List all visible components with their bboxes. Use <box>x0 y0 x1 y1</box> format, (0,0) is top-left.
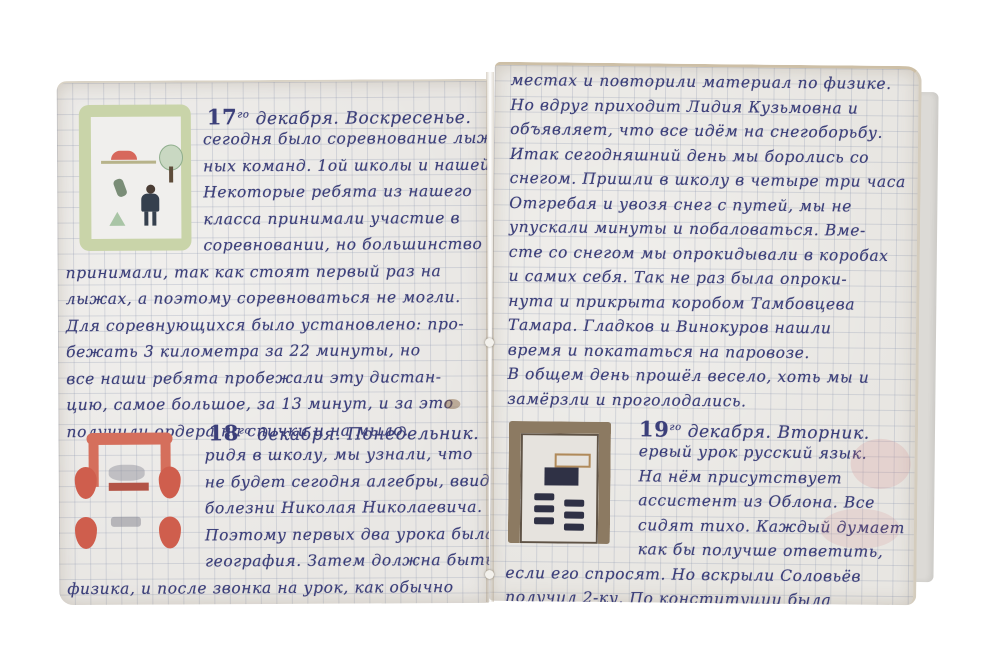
handwritten-line: объявляет, что все идём на снегоборьбу. <box>510 120 883 142</box>
entry-date-19: 19го декабря. Вторник. <box>639 416 870 443</box>
handwritten-line: соревновании, но большинство не <box>203 235 489 255</box>
handwritten-line: время и покататься на паровозе. <box>508 340 810 361</box>
train-car-figure <box>109 483 149 491</box>
handwritten-line: снегом. Пришли в школу в четыре три часа <box>510 169 906 191</box>
handwritten-line: Некоторые ребята из нашего <box>203 182 472 201</box>
left-page: 17го декабря. Воскресенье. сегодня было … <box>57 79 490 605</box>
handwritten-line: бежать 3 километра за 22 минуты, но <box>66 341 421 361</box>
handwritten-line: В общем день прошёл весело, хоть мы и <box>507 365 869 387</box>
handwritten-line: ассистент из Облона. Все <box>638 491 875 511</box>
staple <box>485 570 494 579</box>
handwritten-line: ридя в школу, мы узнали, что <box>205 445 473 464</box>
entry-17-text: сегодня было соревнование лыж-ных команд… <box>57 81 487 83</box>
handwritten-line: получил 2-ку. По конституции была <box>505 588 831 605</box>
skier-figure <box>112 178 128 198</box>
entry-date-17: 17го декабря. Воскресенье. <box>207 103 472 129</box>
handwritten-line: принимали, так как стоят первый раз на <box>66 262 442 282</box>
continued-entry-text: местах и повторили материал по физике.Но… <box>495 65 919 69</box>
right-page: местах и повторили материал по физике.Но… <box>489 62 922 605</box>
entry-19-text: ервый урок русский язык.На нём присутств… <box>495 65 919 69</box>
staple <box>485 338 494 347</box>
classroom-illustration <box>508 421 611 544</box>
handwritten-line: ервый урок русский язык. <box>639 442 868 462</box>
handwritten-line: местах и повторили материал по физике. <box>511 71 892 93</box>
entry-18-text: ридя в школу, мы узнали, чтоне будет сег… <box>57 81 487 83</box>
handwritten-line: упускали минуты и побаловаться. Вме- <box>509 218 866 240</box>
handwritten-line: Поэтому первых два урока была <box>205 524 489 544</box>
handwritten-line: замёрзли и проголодались. <box>507 389 747 410</box>
handwritten-line: Итак сегодняшний день мы боролись со <box>510 144 869 166</box>
handwritten-line: физика, и после звонка на урок, как обыч… <box>67 578 454 598</box>
blackboard-icon <box>544 467 578 485</box>
handwritten-line: Но вдруг приходит Лидия Кузьмовна и <box>510 95 858 117</box>
handwritten-line: география. Затем должна быть <box>205 551 489 571</box>
entry-date-18: 18го декабря. Понедельник. <box>208 419 479 445</box>
handwritten-line: все наши ребята пробежали эту дистан- <box>66 368 442 388</box>
handwritten-line: нута и прикрыта коробом Тамбовцева <box>508 291 855 313</box>
handwritten-line: ных команд. 1ой школы и нашей. <box>203 155 489 175</box>
handwritten-line: если его спросят. Но вскрыли Соловьёв <box>505 563 861 585</box>
handwritten-line: На нём присутствует <box>638 467 842 487</box>
handwritten-line: сегодня было соревнование лыж- <box>203 129 489 149</box>
handwritten-line: Для соревнующихся было установлено: про- <box>66 314 464 334</box>
handwritten-line: Тамара. Гладков и Винокуров нашли <box>508 316 832 337</box>
handwritten-line: Отгребая и увозя снег с путей, мы не <box>509 193 852 215</box>
handwritten-line: цию, самое большое, за 13 минут, и за эт… <box>66 394 453 414</box>
handwritten-line: не будет сегодня алгебры, ввиду <box>205 471 490 491</box>
handwritten-line: и самих себя. Так не раз была опроки- <box>508 267 847 289</box>
handwritten-line: нечего уходить физики, все ребята сидели… <box>67 604 479 605</box>
standing-man-figure <box>141 194 159 212</box>
handwritten-line: лыжах, а поэтому соревноваться не могли. <box>66 288 461 308</box>
handwritten-line: класса принимали участие в <box>203 209 460 228</box>
ski-scene-illustration <box>79 104 192 251</box>
red-initial-illustration <box>70 424 189 555</box>
handwritten-line: болезни Николая Николаевича. <box>205 498 483 517</box>
fir-tree-icon <box>109 212 125 226</box>
handwritten-line: сте со снегом мы опрокидывали в коробах <box>509 242 889 264</box>
notebook-spine <box>486 72 494 602</box>
sun-icon <box>111 151 137 160</box>
